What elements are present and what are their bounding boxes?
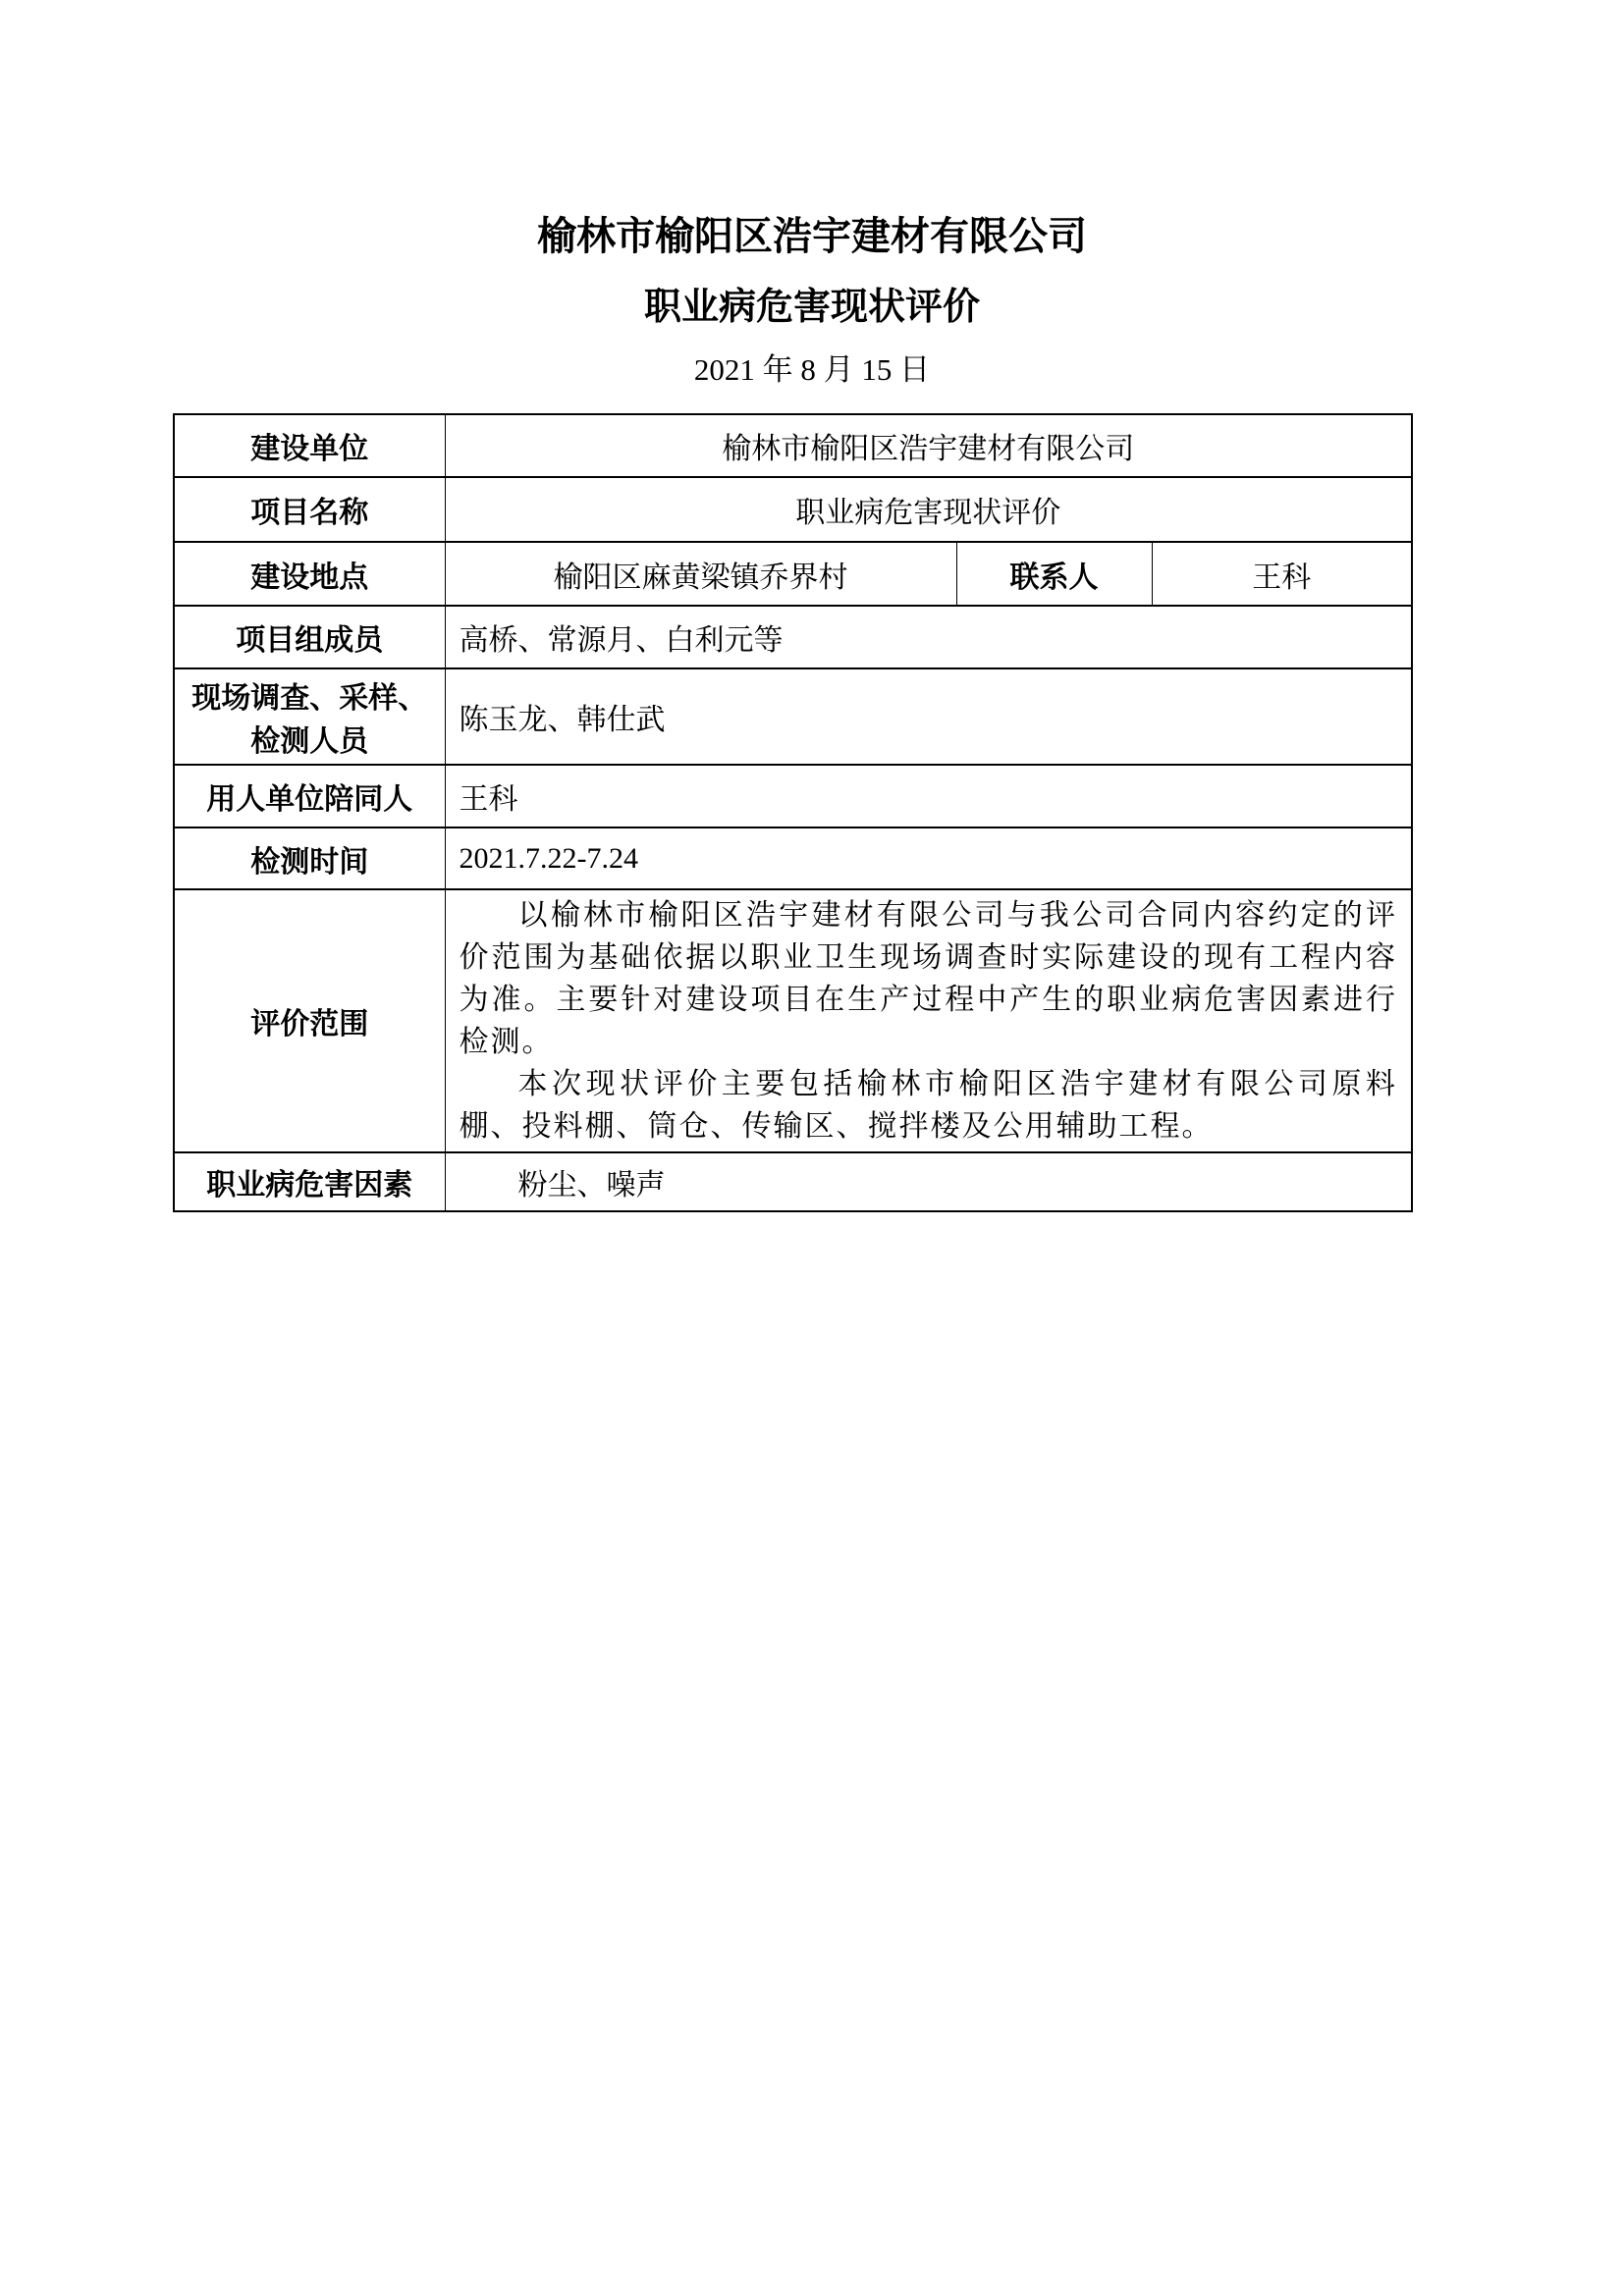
title-block: 榆林市榆阳区浩宇建材有限公司 职业病危害现状评价 2021 年 8 月 15 日	[0, 212, 1624, 389]
survey-personnel-value: 陈玉龙、韩仕武	[445, 668, 1412, 765]
company-title: 榆林市榆阳区浩宇建材有限公司	[0, 212, 1624, 261]
project-members-label: 项目组成员	[174, 606, 445, 668]
hazard-factors-label: 职业病危害因素	[174, 1152, 445, 1211]
detection-time-value: 2021.7.22-7.24	[445, 828, 1412, 889]
row-construction-site: 建设地点 榆阳区麻黄梁镇乔界村 联系人 王科	[174, 542, 1412, 606]
row-hazard-factors: 职业病危害因素 粉尘、噪声	[174, 1152, 1412, 1211]
construction-site-value: 榆阳区麻黄梁镇乔界村	[445, 542, 956, 606]
detection-time-label: 检测时间	[174, 828, 445, 889]
report-date: 2021 年 8 月 15 日	[0, 351, 1624, 389]
evaluation-scope-paragraph-1: 以榆林市榆阳区浩宇建材有限公司与我公司合同内容约定的评价范围为基础依据以职业卫生…	[460, 894, 1398, 1063]
row-survey-personnel: 现场调查、采样、检测人员 陈玉龙、韩仕武	[174, 668, 1412, 765]
construction-unit-value: 榆林市榆阳区浩宇建材有限公司	[445, 414, 1412, 477]
evaluation-scope-value: 以榆林市榆阳区浩宇建材有限公司与我公司合同内容约定的评价范围为基础依据以职业卫生…	[445, 889, 1412, 1152]
construction-unit-label: 建设单位	[174, 414, 445, 477]
report-title: 职业病危害现状评价	[0, 285, 1624, 330]
row-project-members: 项目组成员 高桥、常源月、白利元等	[174, 606, 1412, 668]
evaluation-scope-paragraph-2: 本次现状评价主要包括榆林市榆阳区浩宇建材有限公司原料棚、投料棚、筒仓、传输区、搅…	[460, 1063, 1398, 1148]
accompanying-person-label: 用人单位陪同人	[174, 765, 445, 828]
contact-person-value: 王科	[1152, 542, 1412, 606]
project-name-value: 职业病危害现状评价	[445, 477, 1412, 542]
row-project-name: 项目名称 职业病危害现状评价	[174, 477, 1412, 542]
contact-person-label: 联系人	[956, 542, 1152, 606]
row-evaluation-scope: 评价范围 以榆林市榆阳区浩宇建材有限公司与我公司合同内容约定的评价范围为基础依据…	[174, 889, 1412, 1152]
evaluation-scope-label: 评价范围	[174, 889, 445, 1152]
accompanying-person-value: 王科	[445, 765, 1412, 828]
info-table: 建设单位 榆林市榆阳区浩宇建材有限公司 项目名称 职业病危害现状评价 建设地点 …	[173, 413, 1413, 1212]
hazard-factors-value: 粉尘、噪声	[445, 1152, 1412, 1211]
row-construction-unit: 建设单位 榆林市榆阳区浩宇建材有限公司	[174, 414, 1412, 477]
document-page: 榆林市榆阳区浩宇建材有限公司 职业病危害现状评价 2021 年 8 月 15 日…	[0, 0, 1624, 2296]
survey-personnel-label: 现场调查、采样、检测人员	[174, 668, 445, 765]
construction-site-label: 建设地点	[174, 542, 445, 606]
row-accompanying-person: 用人单位陪同人 王科	[174, 765, 1412, 828]
row-detection-time: 检测时间 2021.7.22-7.24	[174, 828, 1412, 889]
project-members-value: 高桥、常源月、白利元等	[445, 606, 1412, 668]
project-name-label: 项目名称	[174, 477, 445, 542]
